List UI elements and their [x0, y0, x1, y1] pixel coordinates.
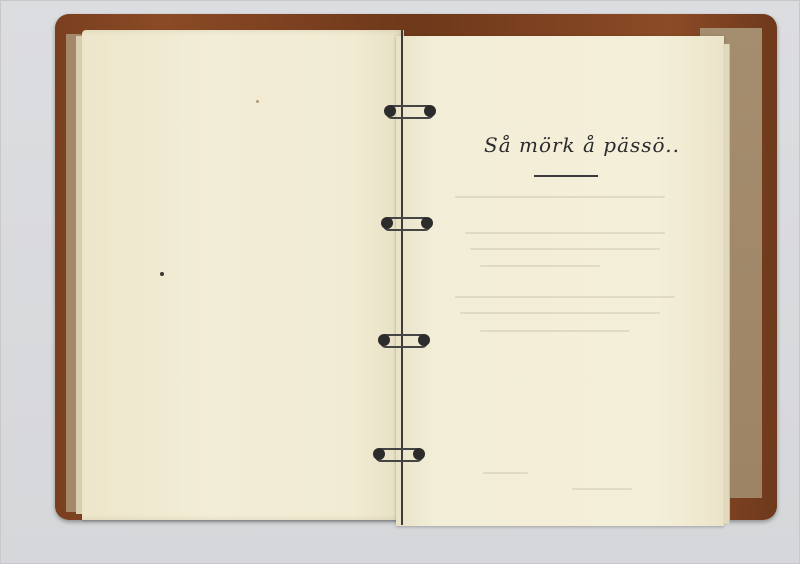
right-page-edge	[723, 44, 730, 524]
bleed-through-text	[572, 488, 632, 490]
ink-spot	[160, 272, 164, 276]
title-underline	[534, 175, 598, 177]
right-page	[396, 36, 724, 526]
paper-stain	[256, 100, 259, 103]
handwritten-title: Så mörk å pässö..	[484, 133, 680, 157]
bleed-through-text	[480, 265, 600, 267]
left-page	[82, 30, 404, 520]
bleed-through-text	[465, 232, 665, 234]
bleed-through-text	[460, 312, 660, 314]
bleed-through-text	[455, 296, 675, 298]
binder-ring-2	[383, 217, 431, 231]
left-page-stack	[76, 36, 82, 514]
binder-ring-4	[375, 448, 423, 462]
bleed-through-text	[483, 472, 528, 474]
bleed-through-text	[455, 196, 665, 198]
bleed-through-text	[480, 330, 630, 332]
binder-ring-1	[386, 105, 434, 119]
binder-ring-3	[380, 334, 428, 348]
bleed-through-text	[470, 248, 660, 250]
